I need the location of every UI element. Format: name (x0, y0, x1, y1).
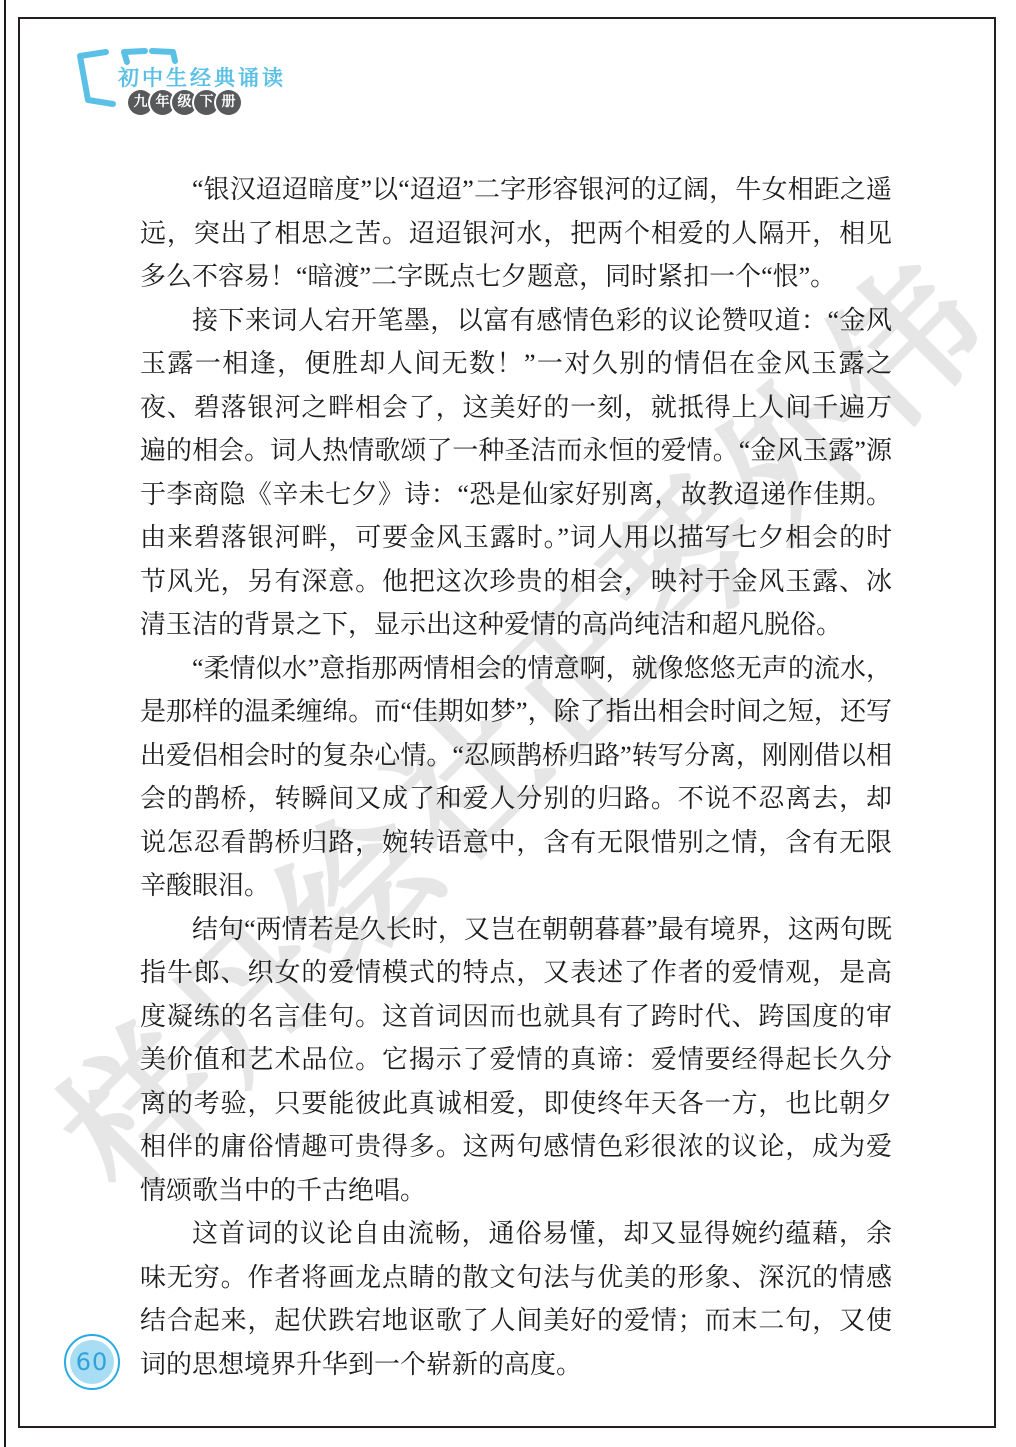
series-logo: 初中生经典诵读 九 年 级 下 册 (72, 48, 332, 128)
volume-badge: 九 年 级 下 册 (128, 90, 238, 115)
paragraph-4: 结句“两情若是久长时，又岂在朝朝暮暮”最有境界，这两句既指牛郎、织女的爱情模式的… (140, 908, 892, 1213)
paragraph-5: 这首词的议论自由流畅，通俗易懂，却又显得婉约蕴藉，余味无穷。作者将画龙点睛的散文… (140, 1212, 892, 1386)
paragraph-3: “柔情似水”意指那两情相会的情意啊，就像悠悠无声的流水，是那样的温柔缠绵。而“佳… (140, 647, 892, 908)
page-number-circle: 60 (70, 1340, 114, 1384)
paragraph-2: 接下来词人宕开笔墨，以富有感情色彩的议论赞叹道：“金风玉露一相逢，便胜却人间无数… (140, 299, 892, 647)
page-number-badge: 60 (64, 1334, 120, 1390)
badge-char: 册 (216, 90, 241, 115)
paragraph-1: “银汉迢迢暗度”以“迢迢”二字形容银河的辽阔，牛女相距之遥远，突出了相思之苦。迢… (140, 168, 892, 299)
body-text: “银汉迢迢暗度”以“迢迢”二字形容银河的辽阔，牛女相距之遥远，突出了相思之苦。迢… (140, 168, 892, 1386)
scan-edge-line (4, 0, 6, 1447)
series-title: 初中生经典诵读 (118, 62, 286, 92)
page-number: 60 (76, 1348, 109, 1376)
